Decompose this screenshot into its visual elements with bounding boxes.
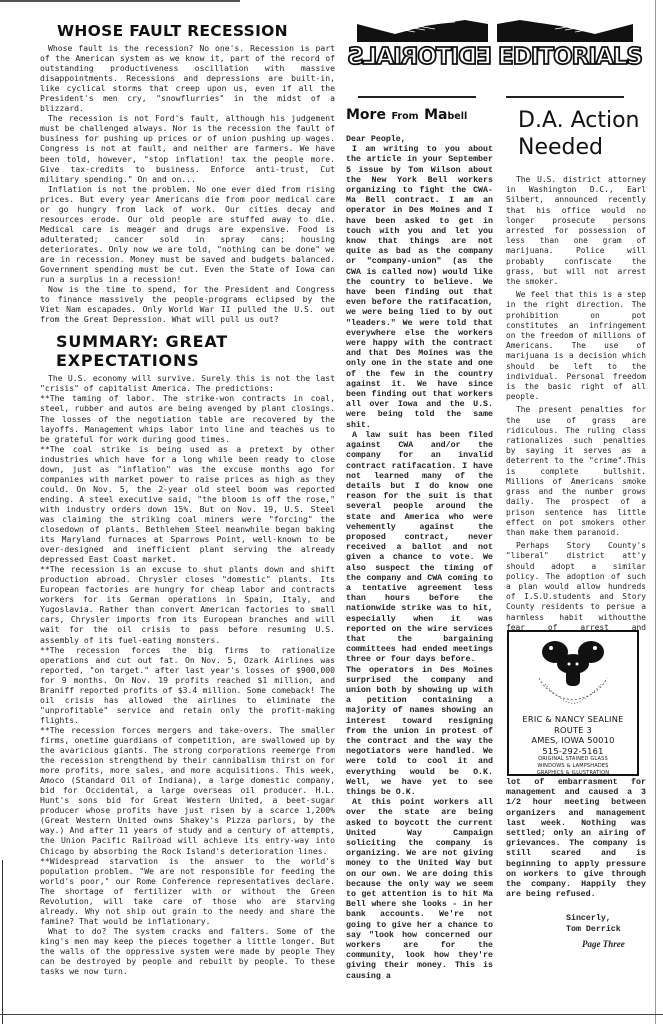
masthead-title: EDITORIALS EDITORIALS: [345, 42, 645, 72]
paragraph: Perhaps Story County's "liberal" distric…: [506, 541, 646, 643]
page-edge: [655, 0, 656, 1024]
paragraph: **The recession forces mergers and take-…: [40, 725, 335, 856]
paragraph: **The taming of labor. The strike-won co…: [40, 393, 335, 443]
paragraph: The U.S. district attorney in Washington…: [506, 175, 646, 287]
headline-da-action: D.A. Action Needed: [518, 107, 646, 161]
letter-signature: Sincerly, Tom Derrick: [566, 914, 646, 934]
salutation: Dear People,: [346, 135, 493, 145]
hair-illustration-icon: [355, 16, 490, 44]
paragraph: The U.S. economy will survive. Surely th…: [40, 373, 335, 393]
ad-service: GRAPHICS & ILLUSTRATION: [509, 770, 637, 777]
ad-service: ORIGINAL STAINED GLASS: [509, 756, 637, 763]
editorials-masthead: EDITORIALS EDITORIALS: [345, 16, 645, 76]
paragraph: **The recession is an excuse to shut pla…: [40, 564, 335, 644]
paragraph: Now is the time to spend, for the Presid…: [40, 284, 335, 324]
article-whose-fault: Whose fault is the recession? No one's. …: [40, 43, 335, 324]
left-column: WHOSE FAULT RECESSION Whose fault is the…: [40, 18, 335, 976]
newspaper-page: WHOSE FAULT RECESSION Whose fault is the…: [0, 0, 663, 1024]
paragraph: I am writing to you about the article in…: [346, 145, 493, 431]
paragraph: A law suit has been filed against CWA an…: [346, 431, 493, 666]
headline-summary: SUMMARY: GREAT EXPECTATIONS: [56, 332, 335, 370]
page-number: Page Three: [582, 939, 646, 949]
article-da-action: The U.S. district attorney in Washington…: [506, 175, 646, 643]
advertisement-box: ERIC & NANCY SEALINE ROUTE 3 AMES, IOWA …: [507, 630, 639, 776]
article-summary: The U.S. economy will survive. Surely th…: [40, 373, 335, 976]
headline-whose-fault: WHOSE FAULT RECESSION: [57, 22, 335, 40]
paragraph: **The coal strike is being used as a pre…: [40, 444, 335, 565]
paragraph: At this point workers all over the state…: [346, 798, 493, 982]
advertisement-text: ERIC & NANCY SEALINE ROUTE 3 AMES, IOWA …: [509, 714, 637, 777]
masthead-mirrored-title: EDITORIALS: [345, 42, 495, 72]
ad-name: ERIC & NANCY SEALINE: [509, 714, 637, 725]
ad-address: ROUTE 3: [509, 725, 637, 736]
ad-city: AMES, IOWA 50010: [509, 735, 637, 746]
letter-continuation: lot of embarrasment for management and c…: [506, 778, 646, 949]
top-rule: [0, 0, 240, 2]
paragraph: The operators in Des Moines surprised th…: [346, 666, 493, 799]
column-rule: [358, 96, 476, 98]
page-edge-left: [2, 860, 3, 1024]
paragraph: **The recession forces the big firms to …: [40, 645, 335, 725]
paragraph: Inflation is not the problem. No one eve…: [40, 184, 335, 284]
masthead-title-text: EDITORIALS: [495, 42, 645, 72]
middle-column: More From Mabell Dear People, I am writi…: [346, 104, 493, 982]
right-column: D.A. Action Needed The U.S. district att…: [506, 104, 646, 643]
bottom-rule: [0, 1014, 663, 1015]
paragraph: Whose fault is the recession? No one's. …: [40, 43, 335, 113]
ad-service: WINDOWS & LAMPSHADES: [509, 763, 637, 770]
inkblot-illustration-icon: [531, 638, 615, 708]
paragraph: What to do? The system cracks and falter…: [40, 926, 335, 976]
paragraph: We feel that this is a step in the right…: [506, 290, 646, 402]
paragraph: The present penalties for the use of gra…: [506, 405, 646, 538]
paragraph: lot of embarrasment for management and c…: [506, 778, 646, 900]
hair-illustration-icon: [495, 16, 635, 44]
paragraph: The recession is not Ford's fault, altho…: [40, 113, 335, 183]
paragraph: **Widespread starvation is the answer to…: [40, 856, 335, 926]
letter-body: Dear People, I am writing to you about t…: [346, 135, 493, 982]
headline-more-from-mabell: More From Mabell: [346, 104, 493, 123]
column-rule: [506, 96, 624, 98]
ad-phone: 515-292-5161: [509, 746, 637, 757]
